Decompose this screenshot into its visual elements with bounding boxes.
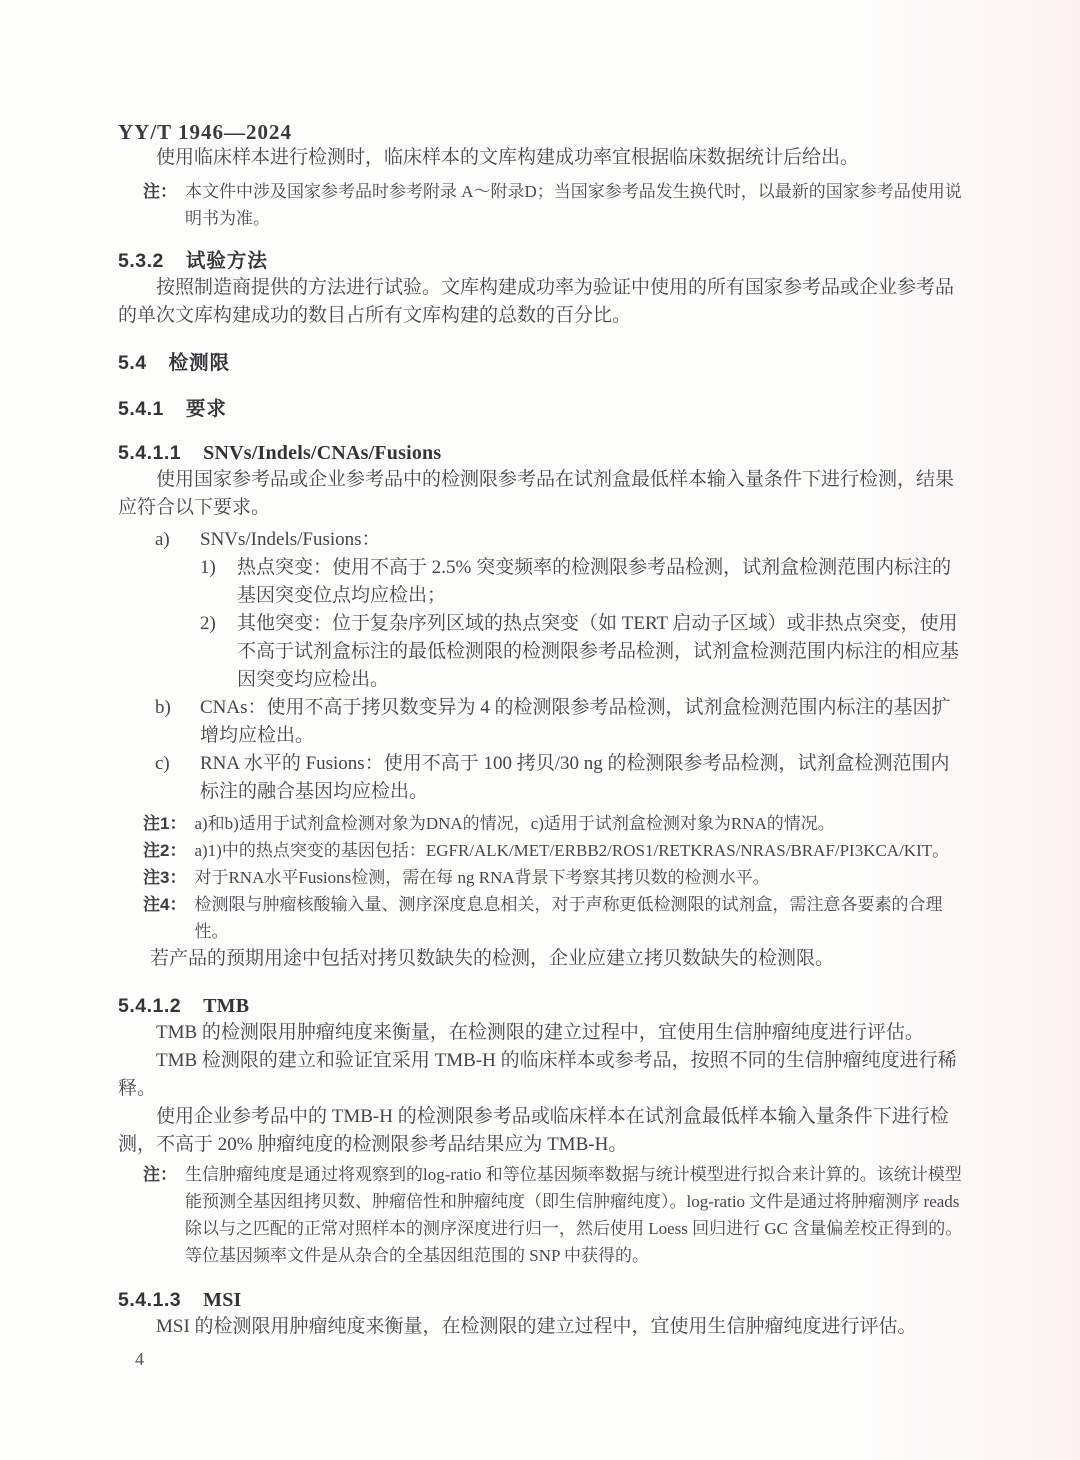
heading-title: TMB [203,993,249,1019]
heading-number: 5.4.1.3 [118,1287,181,1313]
heading-title: 试验方法 [186,248,268,274]
paragraph-msi-1: MSI 的检测限用肿瘤纯度来衡量，在检测限的建立过程中，宜使用生信肿瘤纯度进行评… [118,1313,963,1341]
note-label: 注2： [143,837,186,864]
note-1: 注1： a)和b)适用于试剂盒检测对象为DNA的情况，c)适用于试剂盒检测对象为… [143,810,963,837]
heading-5-4-1-1: 5.4.1.1 SNVs/Indels/CNAs/Fusions [118,440,963,466]
heading-number: 5.4.1.2 [118,993,181,1019]
heading-number: 5.3.2 [118,248,164,274]
note-text: 本文件中涉及国家参考品时参考附录 A～附录D；当国家参考品发生换代时，以最新的国… [185,178,963,232]
list-marker: 2) [200,610,237,694]
note-text: a)1)中的热点突变的基因包括：EGFR/ALK/MET/ERBB2/ROS1/… [194,837,963,864]
list-marker: 1) [200,554,237,610]
paragraph-5-3-2: 按照制造商提供的方法进行试验。文库构建成功率为验证中使用的所有国家参考品或企业参… [118,274,963,330]
document-page: YY/T 1946—2024 使用临床样本进行检测时，临床样本的文库构建成功率宜… [0,0,1080,1460]
note-2: 注2： a)1)中的热点突变的基因包括：EGFR/ALK/MET/ERBB2/R… [143,837,963,864]
list-text: SNVs/Indels/Fusions： [200,526,963,554]
list-text: CNAs：使用不高于拷贝数变异为 4 的检测限参考品检测，试剂盒检测范围内标注的… [200,694,963,750]
list-text: RNA 水平的 Fusions：使用不高于 100 拷贝/30 ng 的检测限参… [200,750,963,806]
heading-title: 要求 [186,396,227,422]
list-item-a: a) SNVs/Indels/Fusions： [155,526,963,554]
intro-note: 注： 本文件中涉及国家参考品时参考附录 A～附录D；当国家参考品发生换代时，以最… [143,178,963,232]
heading-title: SNVs/Indels/CNAs/Fusions [203,440,441,466]
paragraph-5-4-1-1: 使用国家参考品或企业参考品中的检测限参考品在试剂盒最低样本输入量条件下进行检测，… [118,466,963,522]
heading-5-4-1-2: 5.4.1.2 TMB [118,993,963,1019]
heading-title: 检测限 [169,350,231,376]
list-item-a2: 2) 其他突变：位于复杂序列区域的热点突变（如 TERT 启动子区域）或非热点突… [200,610,963,694]
list-text: 其他突变：位于复杂序列区域的热点突变（如 TERT 启动子区域）或非热点突变，使… [237,610,963,694]
heading-number: 5.4.1 [118,396,164,422]
heading-number: 5.4 [118,350,147,376]
note-4: 注4： 检测限与肿瘤核酸输入量、测序深度息息相关，对于声称更低检测限的试剂盒，需… [143,891,963,945]
note-text: 检测限与肿瘤核酸输入量、测序深度息息相关，对于声称更低检测限的试剂盒，需注意各要… [194,891,963,945]
heading-title: MSI [203,1287,241,1313]
note-text: 对于RNA水平Fusions检测，需在每 ng RNA背景下考察其拷贝数的检测水… [194,864,963,891]
intro-paragraph: 使用临床样本进行检测时，临床样本的文库构建成功率宜根据临床数据统计后给出。 [118,144,963,172]
note-3: 注3： 对于RNA水平Fusions检测，需在每 ng RNA背景下考察其拷贝数… [143,864,963,891]
list-marker: b) [155,694,200,750]
list-item-a1: 1) 热点突变：使用不高于 2.5% 突变频率的检测限参考品检测，试剂盒检测范围… [200,554,963,610]
note-tmb: 注： 生信肿瘤纯度是通过将观察到的log-ratio 和等位基因频率数据与统计模… [143,1161,963,1269]
list-item-c: c) RNA 水平的 Fusions：使用不高于 100 拷贝/30 ng 的检… [155,750,963,806]
paragraph-tmb-1: TMB 的检测限用肿瘤纯度来衡量，在检测限的建立过程中，宜使用生信肿瘤纯度进行评… [118,1019,963,1047]
heading-5-4-1-3: 5.4.1.3 MSI [118,1287,963,1313]
paragraph-tmb-3: 使用企业参考品中的 TMB-H 的检测限参考品或临床样本在试剂盒最低样本输入量条… [118,1103,963,1159]
heading-5-4-1: 5.4.1 要求 [118,396,963,422]
list-item-b: b) CNAs：使用不高于拷贝数变异为 4 的检测限参考品检测，试剂盒检测范围内… [155,694,963,750]
note-label: 注： [143,178,177,232]
note-label: 注3： [143,864,186,891]
paragraph-cn-loss: 若产品的预期用途中包括对拷贝数缺失的检测，企业应建立拷贝数缺失的检测限。 [150,945,963,973]
paragraph-tmb-2: TMB 检测限的建立和验证宜采用 TMB-H 的临床样本或参考品，按照不同的生信… [118,1047,963,1103]
heading-5-3-2: 5.3.2 试验方法 [118,248,963,274]
list-marker: a) [155,526,200,554]
note-label: 注4： [143,891,186,945]
page-number: 4 [135,1349,963,1370]
note-label: 注1： [143,810,186,837]
note-text: 生信肿瘤纯度是通过将观察到的log-ratio 和等位基因频率数据与统计模型进行… [185,1161,963,1269]
note-label: 注： [143,1161,177,1269]
list-marker: c) [155,750,200,806]
note-text: a)和b)适用于试剂盒检测对象为DNA的情况，c)适用于试剂盒检测对象为RNA的… [194,810,963,837]
heading-number: 5.4.1.1 [118,440,181,466]
doc-number-header: YY/T 1946—2024 [118,120,963,144]
list-text: 热点突变：使用不高于 2.5% 突变频率的检测限参考品检测，试剂盒检测范围内标注… [237,554,963,610]
heading-5-4: 5.4 检测限 [118,350,963,376]
